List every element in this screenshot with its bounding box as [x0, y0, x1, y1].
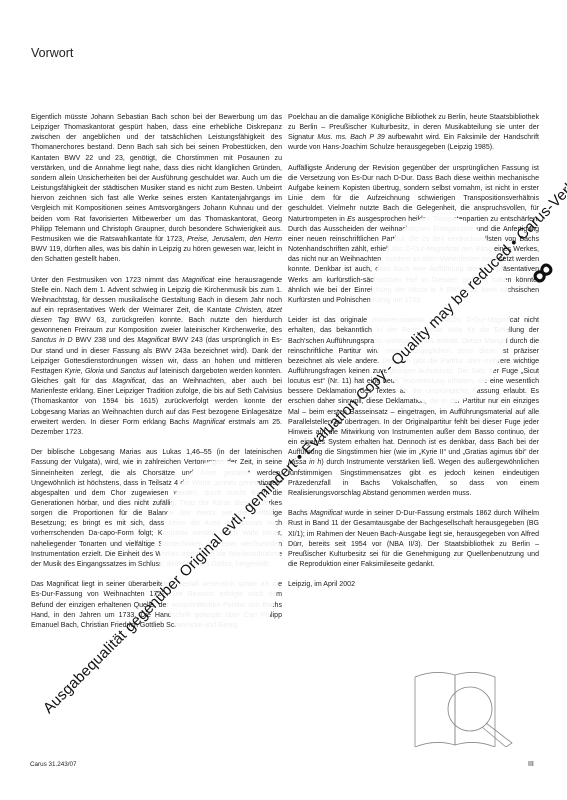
- paragraph-5: Poelchau an die damalige Königliche Bibl…: [288, 113, 539, 154]
- signature-place: Leipzig, im April 2002: [288, 580, 355, 590]
- signature: Leipzig, im April 2002Uwe Wolf / Meer: [288, 580, 539, 590]
- catalog-number: Carus 31.243/07: [30, 761, 77, 768]
- book-magnifier-icon: [410, 667, 520, 747]
- paragraph-2: Unter den Festmusiken von 1723 nimmt das…: [31, 276, 282, 439]
- signature-name: Uwe Wolf / Meer: [487, 580, 539, 590]
- paragraph-1: Eigentlich müsste Johann Sebastian Bach …: [31, 113, 282, 265]
- watermark-mask: [160, 460, 280, 660]
- watermark-mask: [370, 215, 510, 405]
- paragraph-8: Bachs Magnificat wurde in seiner D-Dur-F…: [288, 509, 539, 570]
- carus-logo-icon: [530, 262, 556, 284]
- page-number: III: [528, 761, 534, 768]
- page-title: Vorwort: [31, 46, 73, 60]
